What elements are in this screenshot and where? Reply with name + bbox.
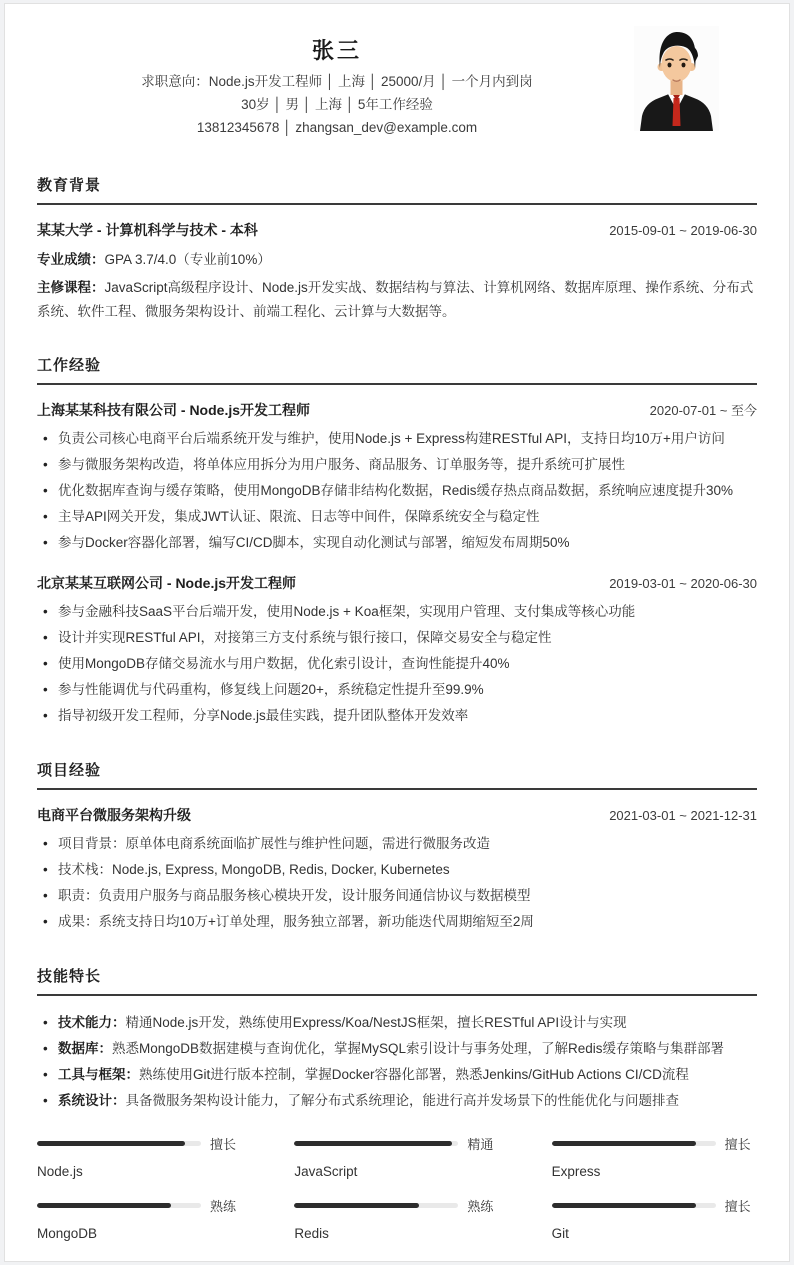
project-bullet: 成果：系统支持日均10万+订单处理，服务独立部署，新功能迭代周期缩短至2周 xyxy=(37,909,757,935)
project-bullet: 技术栈：Node.js, Express, MongoDB, Redis, Do… xyxy=(37,857,757,883)
education-date: 2015-09-01 ~ 2019-06-30 xyxy=(609,223,757,238)
bar-level-label: 擅长 xyxy=(210,1134,236,1153)
work-entry-2: 北京某某互联网公司 - Node.js开发工程师 2019-03-01 ~ 20… xyxy=(37,573,757,729)
bar-track xyxy=(552,1203,716,1208)
job-bullet: 参与金融科技SaaS平台后端开发，使用Node.js + Koa框架，实现用户管… xyxy=(37,599,757,625)
bar-track xyxy=(37,1141,201,1146)
education-heading: 某某大学 - 计算机科学与技术 - 本科 xyxy=(37,220,258,240)
job-date: 2020-07-01 ~ 至今 xyxy=(650,400,757,419)
bar-track xyxy=(294,1203,458,1208)
skill-bullet-label: 数据库： xyxy=(58,1041,112,1056)
bar-level-label: 擅长 xyxy=(725,1196,751,1215)
job-bullet-list: 负责公司核心电商平台后端系统开发与维护，使用Node.js + Express构… xyxy=(37,426,757,556)
contact-info-line: 13812345678 │ zhangsan_dev@example.com xyxy=(37,121,637,135)
skill-bullet: 技术能力：精通Node.js开发，熟练使用Express/Koa/NestJS框… xyxy=(37,1010,757,1036)
section-projects: 项目经验 电商平台微服务架构升级 2021-03-01 ~ 2021-12-31… xyxy=(37,759,757,935)
candidate-name: 张三 xyxy=(37,34,637,65)
resume-header: 张三 求职意向：Node.js开发工程师 │ 上海 │ 25000/月 │ 一个… xyxy=(37,4,757,144)
skill-bars-grid: 擅长 Node.js 精通 JavaScript 擅长 Express xyxy=(37,1134,757,1241)
skill-bar-mongodb: 熟练 MongoDB xyxy=(37,1196,242,1241)
skill-bar-git: 擅长 Git xyxy=(552,1196,757,1241)
courses-label: 主修课程： xyxy=(37,280,105,295)
job-bullet: 主导API网关开发，集成JWT认证、限流、日志等中间件，保障系统安全与稳定性 xyxy=(37,504,757,530)
skill-bullet-label: 工具与框架： xyxy=(58,1067,139,1082)
job-bullet: 参与Docker容器化部署，编写CI/CD脚本，实现自动化测试与部署，缩短发布周… xyxy=(37,530,757,556)
skill-bar-redis: 熟练 Redis xyxy=(294,1196,499,1241)
job-bullet: 设计并实现RESTful API，对接第三方支付系统与银行接口，保障交易安全与稳… xyxy=(37,625,757,651)
job-bullet: 参与性能调优与代码重构，修复线上问题20+，系统稳定性提升至99.9% xyxy=(37,677,757,703)
project-bullet: 项目背景：原单体电商系统面临扩展性与维护性问题，需进行微服务改造 xyxy=(37,831,757,857)
skill-bullet-text: 具备微服务架构设计能力，了解分布式系统理论，能进行高并发场景下的性能优化与问题排… xyxy=(126,1093,680,1108)
skill-bar-nodejs: 擅长 Node.js xyxy=(37,1134,242,1179)
personal-info-line: 30岁 │ 男 │ 上海 │ 5年工作经验 xyxy=(37,98,637,112)
skill-bullet: 数据库：熟悉MongoDB数据建模与查询优化，掌握MySQL索引设计与事务处理，… xyxy=(37,1036,757,1062)
project-entry: 电商平台微服务架构升级 2021-03-01 ~ 2021-12-31 项目背景… xyxy=(37,805,757,935)
job-bullet: 使用MongoDB存储交易流水与用户数据，优化索引设计，查询性能提升40% xyxy=(37,651,757,677)
skill-bullet-label: 系统设计： xyxy=(58,1093,126,1108)
header-text-block: 张三 求职意向：Node.js开发工程师 │ 上海 │ 25000/月 │ 一个… xyxy=(37,4,637,135)
avatar-illustration xyxy=(634,26,719,131)
education-entry: 某某大学 - 计算机科学与技术 - 本科 2015-09-01 ~ 2019-0… xyxy=(37,220,757,324)
education-courses-line: 主修课程：JavaScript高级程序设计、Node.js开发实战、数据结构与算… xyxy=(37,276,757,324)
job-bullet: 优化数据库查询与缓存策略，使用MongoDB存储非结构化数据，Redis缓存热点… xyxy=(37,478,757,504)
bar-track xyxy=(37,1203,201,1208)
education-gpa-line: 专业成绩：GPA 3.7/4.0（专业前10%） xyxy=(37,248,757,272)
profile-photo xyxy=(634,26,719,131)
bar-fill xyxy=(294,1203,419,1208)
skill-bullet: 工具与框架：熟练使用Git进行版本控制，掌握Docker容器化部署，熟悉Jenk… xyxy=(37,1062,757,1088)
job-bullet: 指导初级开发工程师，分享Node.js最佳实践，提升团队整体开发效率 xyxy=(37,703,757,729)
work-entry-1: 上海某某科技有限公司 - Node.js开发工程师 2020-07-01 ~ 至… xyxy=(37,400,757,556)
bar-skill-name: MongoDB xyxy=(37,1226,242,1241)
project-date: 2021-03-01 ~ 2021-12-31 xyxy=(609,808,757,823)
skill-bullet-text: 熟悉MongoDB数据建模与查询优化，掌握MySQL索引设计与事务处理，了解Re… xyxy=(112,1041,724,1056)
bar-skill-name: Node.js xyxy=(37,1164,242,1179)
bar-track xyxy=(552,1141,716,1146)
bar-level-label: 熟练 xyxy=(210,1196,236,1215)
job-bullet: 负责公司核心电商平台后端系统开发与维护，使用Node.js + Express构… xyxy=(37,426,757,452)
bar-track xyxy=(294,1141,458,1146)
skill-bullet-text: 熟练使用Git进行版本控制，掌握Docker容器化部署，熟悉Jenkins/Gi… xyxy=(139,1067,689,1082)
job-intent-line: 求职意向：Node.js开发工程师 │ 上海 │ 25000/月 │ 一个月内到… xyxy=(37,75,637,89)
projects-title: 项目经验 xyxy=(37,759,757,790)
skills-bullet-list: 技术能力：精通Node.js开发，熟练使用Express/Koa/NestJS框… xyxy=(37,1010,757,1114)
courses-value: JavaScript高级程序设计、Node.js开发实战、数据结构与算法、计算机… xyxy=(37,280,753,319)
project-bullet: 职责：负责用户服务与商品服务核心模块开发，设计服务间通信协议与数据模型 xyxy=(37,883,757,909)
bar-level-label: 精通 xyxy=(467,1134,493,1153)
section-skills: 技能特长 技术能力：精通Node.js开发，熟练使用Express/Koa/Ne… xyxy=(37,965,757,1241)
job-heading: 上海某某科技有限公司 - Node.js开发工程师 xyxy=(37,400,310,420)
skill-bullet: 系统设计：具备微服务架构设计能力，了解分布式系统理论，能进行高并发场景下的性能优… xyxy=(37,1088,757,1114)
work-title: 工作经验 xyxy=(37,354,757,385)
gpa-label: 专业成绩： xyxy=(37,252,105,267)
bar-skill-name: Express xyxy=(552,1164,757,1179)
project-heading: 电商平台微服务架构升级 xyxy=(37,805,191,825)
section-education: 教育背景 某某大学 - 计算机科学与技术 - 本科 2015-09-01 ~ 2… xyxy=(37,174,757,324)
project-bullet-list: 项目背景：原单体电商系统面临扩展性与维护性问题，需进行微服务改造 技术栈：Nod… xyxy=(37,831,757,935)
bar-fill xyxy=(552,1141,696,1146)
job-bullet-list: 参与金融科技SaaS平台后端开发，使用Node.js + Koa框架，实现用户管… xyxy=(37,599,757,729)
job-date: 2019-03-01 ~ 2020-06-30 xyxy=(609,576,757,591)
skill-bullet-label: 技术能力： xyxy=(58,1015,126,1030)
bar-level-label: 擅长 xyxy=(725,1134,751,1153)
skill-bullet-text: 精通Node.js开发，熟练使用Express/Koa/NestJS框架，擅长R… xyxy=(126,1015,627,1030)
job-bullet: 参与微服务架构改造，将单体应用拆分为用户服务、商品服务、订单服务等，提升系统可扩… xyxy=(37,452,757,478)
job-heading: 北京某某互联网公司 - Node.js开发工程师 xyxy=(37,573,296,593)
bar-level-label: 熟练 xyxy=(467,1196,493,1215)
skill-bar-express: 擅长 Express xyxy=(552,1134,757,1179)
bar-fill xyxy=(37,1141,185,1146)
skills-title: 技能特长 xyxy=(37,965,757,996)
bar-skill-name: JavaScript xyxy=(294,1164,499,1179)
bar-fill xyxy=(37,1203,171,1208)
education-title: 教育背景 xyxy=(37,174,757,205)
resume-page: 张三 求职意向：Node.js开发工程师 │ 上海 │ 25000/月 │ 一个… xyxy=(4,3,790,1262)
bar-fill xyxy=(552,1203,696,1208)
gpa-value: GPA 3.7/4.0（专业前10%） xyxy=(105,252,271,267)
section-work: 工作经验 上海某某科技有限公司 - Node.js开发工程师 2020-07-0… xyxy=(37,354,757,729)
bar-skill-name: Git xyxy=(552,1226,757,1241)
skill-bar-javascript: 精通 JavaScript xyxy=(294,1134,499,1179)
bar-fill xyxy=(294,1141,451,1146)
bar-skill-name: Redis xyxy=(294,1226,499,1241)
